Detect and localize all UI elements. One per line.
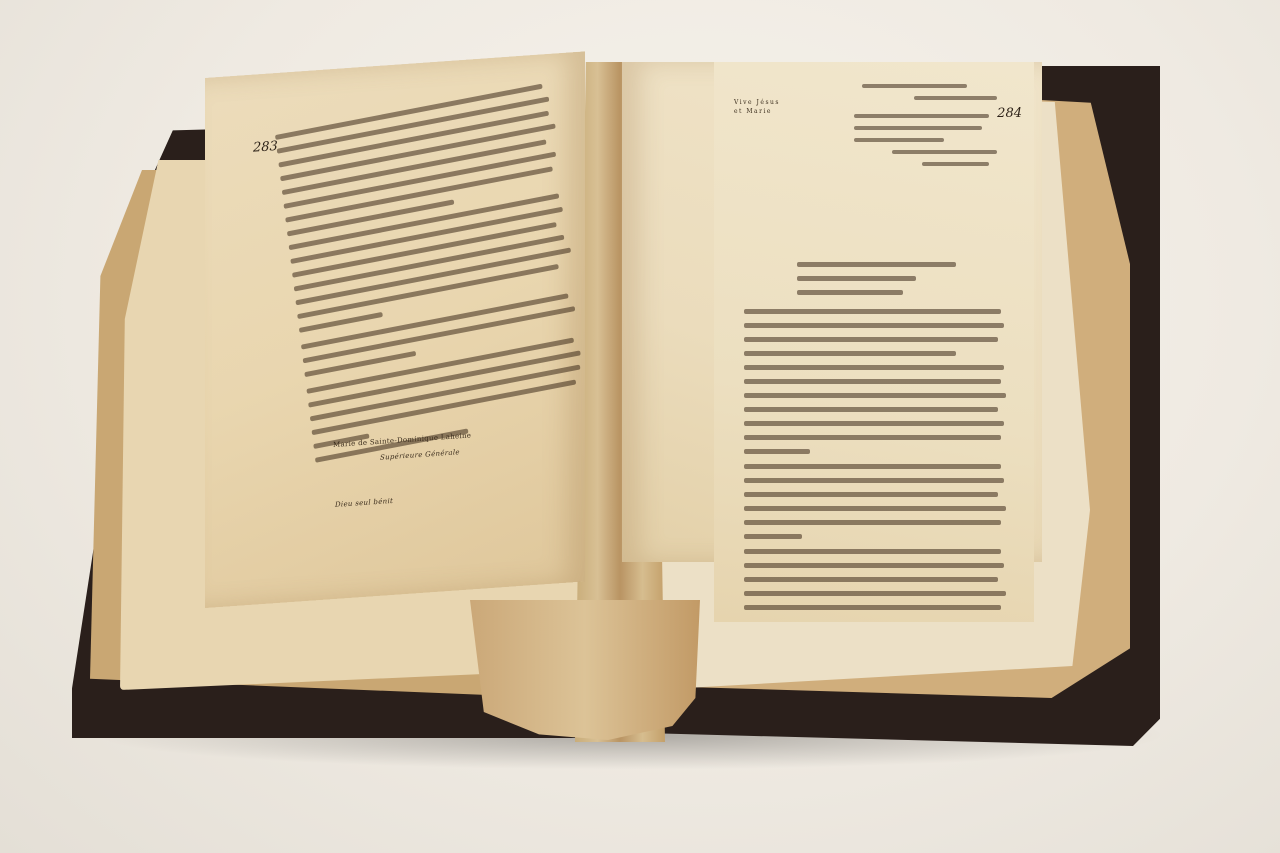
torn-spine-bottom (470, 600, 700, 740)
closing-line: Dieu seul bénit (335, 497, 393, 509)
left-page: 283 Marie de Sainte-Dominique Laheine Su… (205, 51, 585, 608)
corner-heading: Vive Jésus et Marie (734, 98, 780, 116)
corner-heading-line-2: et Marie (734, 107, 780, 116)
right-inner-leaf: 284 Vive Jésus et Marie (714, 62, 1034, 622)
left-page-text-block (275, 82, 595, 472)
corner-heading-line-1: Vive Jésus (734, 98, 780, 107)
letter-heading (854, 84, 1004, 174)
right-page: 284 Vive Jésus et Marie (622, 62, 1042, 562)
right-page-text-block (744, 252, 1009, 619)
left-page-number: 283 (253, 139, 278, 156)
